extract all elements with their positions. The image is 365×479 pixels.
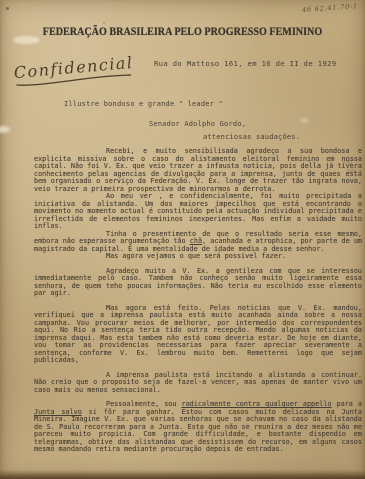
- salutation-honorific: Illustre bondoso e grande " leader ": [64, 100, 223, 108]
- paragraph-text: si fôr para ganhar. Estou com casos muit…: [34, 408, 362, 454]
- paper-speck: [103, 22, 105, 24]
- archive-reference-annotation: 46 62.41.70-1: [302, 2, 358, 14]
- page-bottom-edge: [0, 470, 365, 479]
- paragraph-text: Recebi, e muito sensibilisada agradeço a…: [34, 147, 362, 193]
- paragraph: Tinha o presentimento de que o resultado…: [34, 231, 362, 254]
- paragraph-text: Ao meu ver , e confidencialmente, foi mu…: [34, 192, 362, 230]
- letter-body: Recebi, e muito sensibilisada agradeço a…: [34, 148, 362, 454]
- address-date-line: Rua do Mattoso 161, em 16 de II de 1929: [154, 59, 336, 68]
- paragraph: Ao meu ver , e confidencialmente, foi mu…: [34, 193, 362, 231]
- paragraph: A imprensa paulista está incitando a ali…: [34, 372, 362, 395]
- paragraph-text: A imprensa paulista está incitando a ali…: [34, 371, 362, 394]
- paper-speck: [6, 7, 9, 10]
- salutation-addressee: Senador Adolpho Gordo,: [149, 120, 246, 128]
- paragraph: Recebi, e muito sensibilisada agradeço a…: [34, 148, 362, 193]
- letter-page: 46 62.41.70-1 FEDERAÇÃO BRASILEIRA PELO …: [0, 0, 365, 479]
- paper-scuff: [300, 118, 309, 123]
- paragraph-text: Mas agora vejamos o que será possivel fa…: [106, 252, 286, 260]
- letterhead-organization: FEDERAÇÃO BRASILEIRA PELO PROGRESSO FEMI…: [22, 26, 343, 38]
- salutation-greeting: attenciosas saudações.: [203, 133, 300, 141]
- paragraph: Mas agora vejamos o que será possivel fa…: [34, 253, 362, 261]
- paper-scuff: [0, 126, 10, 133]
- confidential-handwritten-stamp: Confidencial: [13, 53, 135, 90]
- paragraph: Agradeço muito a V. Ex. a gentileza com …: [34, 268, 362, 298]
- ghost-text: po: [347, 167, 355, 175]
- paragraph-text: Agradeço muito a V. Ex. a gentileza com …: [34, 267, 362, 298]
- paragraph: Mas agora está feito. Pelas noticias que…: [34, 305, 362, 365]
- ghost-text: no: [344, 158, 352, 166]
- paragraph: Pessoalmente, sou radicalmente contra qu…: [34, 401, 362, 454]
- paragraph-text: Mas agora está feito. Pelas noticias que…: [34, 304, 362, 365]
